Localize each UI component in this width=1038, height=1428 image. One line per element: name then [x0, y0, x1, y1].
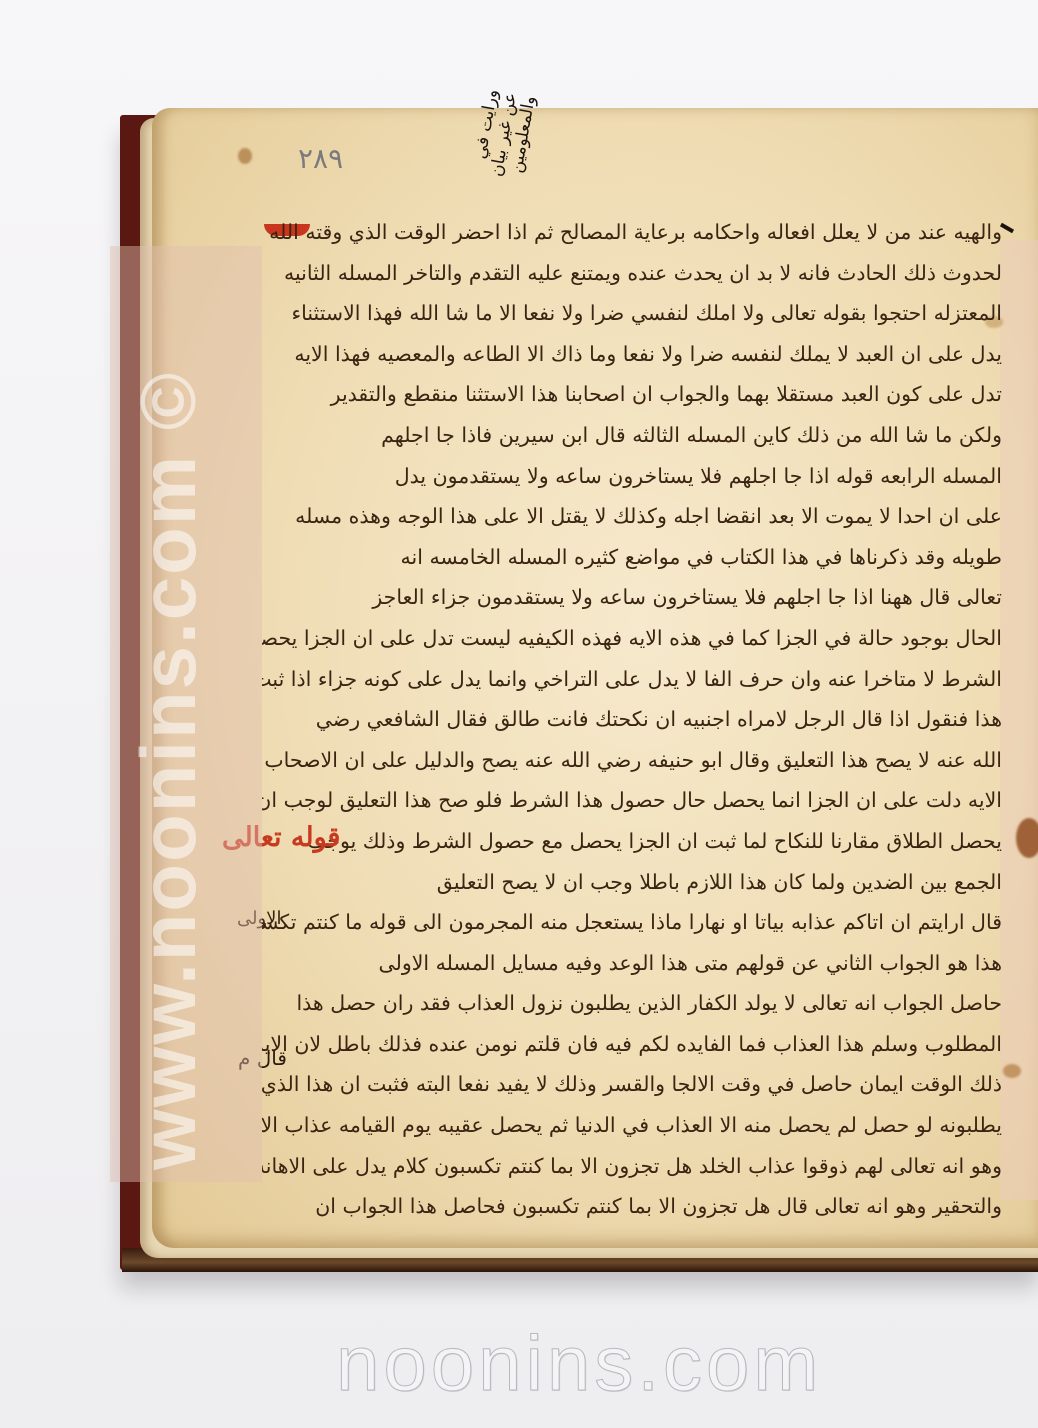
- watermark-vertical: www.noonins.com ©: [123, 371, 214, 1170]
- text-line: لحدوث ذلك الحادث فانه لا بد ان يحدث عنده…: [262, 253, 1002, 294]
- text-line: هذا فنقول اذا قال الرجل لامراه اجنبيه ان…: [262, 699, 1002, 740]
- text-line: حاصل الجواب انه تعالى لا يولد الكفار الذ…: [262, 983, 1002, 1024]
- text-line: الحال بوجود حالة في الجزا كما في هذه الا…: [262, 618, 1002, 659]
- text-line: طويله وقد ذكرناها في هذا الكتاب في مواضع…: [262, 537, 1002, 578]
- text-line: يدل على ان العبد لا يملك لنفسه ضرا ولا ن…: [262, 334, 1002, 375]
- text-line: المسله الرابعه قوله اذا جا اجلهم فلا يست…: [262, 456, 1002, 497]
- text-line: الشرط لا متاخرا عنه وان حرف الفا لا يدل …: [262, 659, 1002, 700]
- watermark-bottom: noonins.com: [336, 1318, 822, 1409]
- text-line: تدل على كون العبد مستقلا بهما والجواب ان…: [262, 374, 1002, 415]
- text-line: ولكن ما شا الله من ذلك كاين المسله الثال…: [262, 415, 1002, 456]
- text-line: يحصل الطلاق مقارنا للنكاح لما ثبت ان الج…: [262, 821, 1002, 862]
- text-line: وهو انه تعالى لهم ذوقوا عذاب الخلد هل تج…: [262, 1146, 1002, 1187]
- text-line: على ان احدا لا يموت الا بعد انقضا اجله و…: [262, 496, 1002, 537]
- text-line: المطلوب وسلم هذا العذاب فما الفايده لكم …: [262, 1024, 1002, 1065]
- text-line: قال ارايتم ان اتاكم عذابه بياتا او نهارا…: [262, 902, 1002, 943]
- text-line: تعالى قال ههنا اذا جا اجلهم فلا يستاخرون…: [262, 577, 1002, 618]
- text-line: الجمع بين الضدين ولما كان هذا اللازم باط…: [262, 862, 1002, 903]
- folio-number: ٢٨٩: [298, 142, 343, 175]
- text-line: المعتزله احتجوا بقوله تعالى ولا املك لنف…: [262, 293, 1002, 334]
- text-line: والهيه عند من لا يعلل افعاله واحكامه برع…: [262, 212, 1002, 253]
- ink-stain: [238, 148, 252, 164]
- text-line: ذلك الوقت ايمان حاصل في وقت الالجا والقس…: [262, 1064, 1002, 1105]
- text-line: هذا هو الجواب الثاني عن قولهم متى هذا ال…: [262, 943, 1002, 984]
- text-line: الله عنه لا يصح هذا التعليق وقال ابو حني…: [262, 740, 1002, 781]
- text-line: الايه دلت على ان الجزا انما يحصل حال حصو…: [262, 780, 1002, 821]
- ink-stain: [1016, 818, 1038, 858]
- manuscript-text: والهيه عند من لا يعلل افعاله واحكامه برع…: [262, 212, 1002, 1227]
- ink-stain: [1003, 1064, 1021, 1078]
- text-line: يطلبونه لو حصل لم يحصل منه الا العذاب في…: [262, 1105, 1002, 1146]
- text-line: والتحقير وهو انه تعالى قال هل تجزون الا …: [262, 1186, 1002, 1227]
- watermark-strip-right: [1000, 240, 1038, 1200]
